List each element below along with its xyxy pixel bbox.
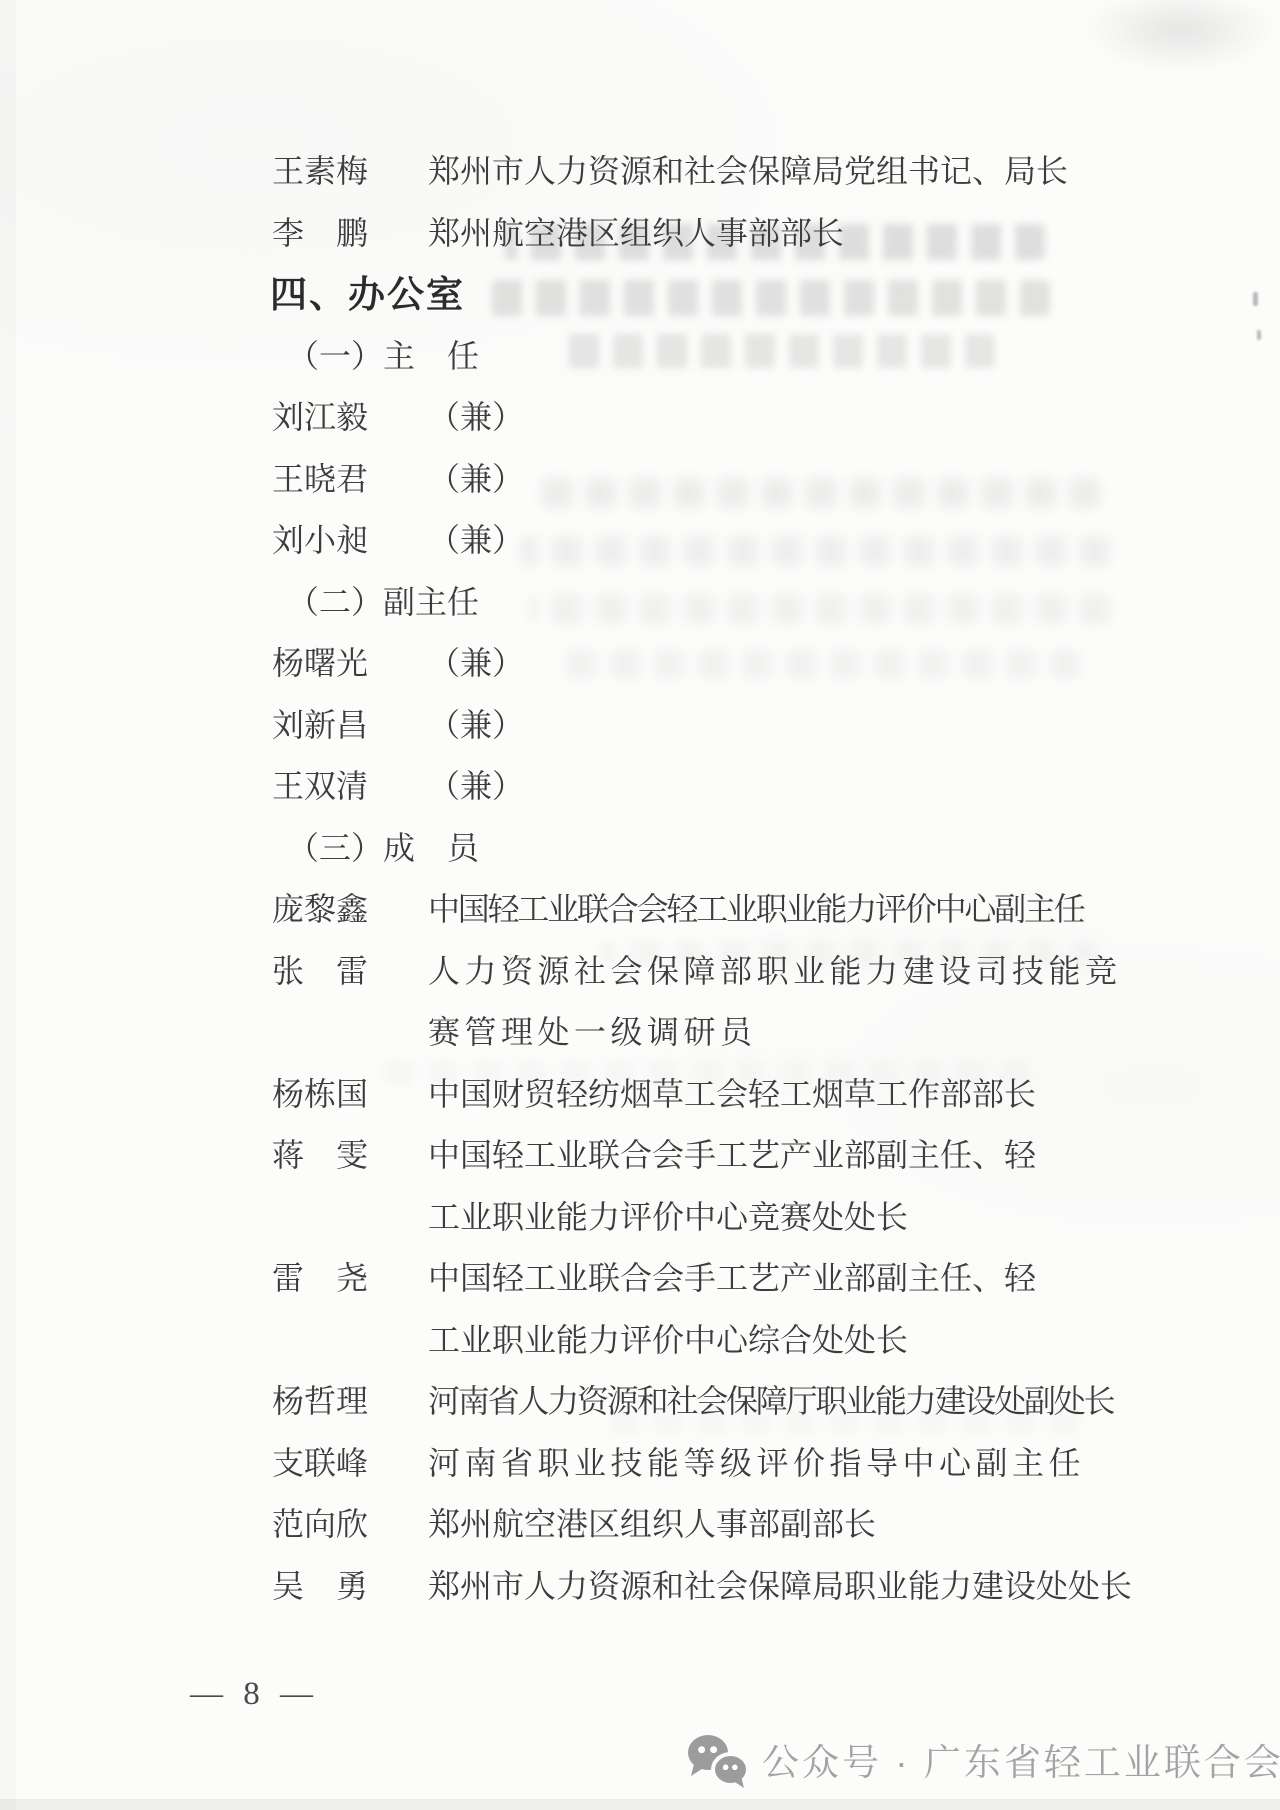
body-text: 王素梅郑州市人力资源和社会保障局党组书记、局长李 鹏郑州航空港区组织人事部部长四… xyxy=(0,141,1280,1617)
roster-row: 刘江毅（兼） xyxy=(0,387,1280,449)
roster-row: 王素梅郑州市人力资源和社会保障局党组书记、局长 xyxy=(0,141,1280,203)
roster-row: 王晓君（兼） xyxy=(0,449,1280,511)
person-name: 吴 勇 xyxy=(272,1556,368,1618)
person-title: 河南省人力资源和社会保障厅职业能力建设处副处长 xyxy=(428,1371,1113,1433)
person-name: 王晓君 xyxy=(272,449,368,511)
title-line: 赛管理处一级调研员 xyxy=(428,1002,1122,1064)
roster-row: 杨栋国中国财贸轻纺烟草工会轻工烟草工作部部长 xyxy=(0,1064,1280,1126)
roster-row: 吴 勇郑州市人力资源和社会保障局职业能力建设处处长 xyxy=(0,1556,1280,1618)
roster-row: 范向欣郑州航空港区组织人事部副部长 xyxy=(0,1494,1280,1556)
title-line: （兼） xyxy=(428,756,524,818)
wechat-icon xyxy=(688,1735,746,1783)
person-title: 人力资源社会保障部职业能力建设司技能竞赛管理处一级调研员 xyxy=(428,941,1122,1064)
roster-row: 杨哲理河南省人力资源和社会保障厅职业能力建设处副处长 xyxy=(0,1371,1280,1433)
title-line: （兼） xyxy=(428,510,524,572)
title-line: （兼） xyxy=(428,449,524,511)
roster-row: 李 鹏郑州航空港区组织人事部部长 xyxy=(0,203,1280,265)
person-name: 刘江毅 xyxy=(272,387,368,449)
person-title: （兼） xyxy=(428,695,524,757)
scan-edge xyxy=(0,1799,1280,1810)
person-title: 中国财贸轻纺烟草工会轻工烟草工作部部长 xyxy=(428,1064,1036,1126)
roster-row: 支联峰河南省职业技能等级评价指导中心副主任 xyxy=(0,1433,1280,1495)
roster-row: 刘小昶（兼） xyxy=(0,510,1280,572)
roster-row: 王双清（兼） xyxy=(0,756,1280,818)
person-name: 蒋 雯 xyxy=(272,1125,368,1187)
person-title: （兼） xyxy=(428,510,524,572)
title-line: 河南省职业技能等级评价指导中心副主任 xyxy=(428,1433,1085,1495)
person-name: 王素梅 xyxy=(272,141,368,203)
person-name: 李 鹏 xyxy=(272,203,368,265)
person-title: 河南省职业技能等级评价指导中心副主任 xyxy=(428,1433,1085,1495)
roster-row: 张 雷人力资源社会保障部职业能力建设司技能竞赛管理处一级调研员 xyxy=(0,941,1280,1064)
scan-smudge xyxy=(1050,0,1280,85)
title-line: 人力资源社会保障部职业能力建设司技能竞 xyxy=(428,941,1122,1003)
watermark-text: 公众号 · 广东省轻工业联合会 xyxy=(762,1732,1280,1786)
title-line: （兼） xyxy=(428,633,524,695)
title-line: 河南省人力资源和社会保障厅职业能力建设处副处长 xyxy=(428,1371,1113,1433)
person-title: （兼） xyxy=(428,449,524,511)
subsection-label: （三）成 员 xyxy=(0,818,1280,880)
person-title: （兼） xyxy=(428,756,524,818)
subsection-label: （一）主 任 xyxy=(0,326,1280,388)
title-line: （兼） xyxy=(428,695,524,757)
person-name: 刘小昶 xyxy=(272,510,368,572)
person-name: 刘新昌 xyxy=(272,695,368,757)
title-line: （兼） xyxy=(428,387,524,449)
title-line: 中国轻工业联合会手工艺产业部副主任、轻 xyxy=(428,1248,1036,1310)
roster-row: 刘新昌（兼） xyxy=(0,695,1280,757)
wechat-bubble-small xyxy=(715,1756,746,1783)
person-title: 郑州市人力资源和社会保障局党组书记、局长 xyxy=(428,141,1068,203)
section-heading: 四、办公室 xyxy=(0,264,1280,326)
person-name: 范向欣 xyxy=(272,1494,368,1556)
person-name: 杨栋国 xyxy=(272,1064,368,1126)
person-title: 中国轻工业联合会轻工业职业能力评价中心副主任 xyxy=(428,879,1084,941)
title-line: 郑州市人力资源和社会保障局党组书记、局长 xyxy=(428,141,1068,203)
person-name: 杨曙光 xyxy=(272,633,368,695)
title-line: 工业职业能力评价中心竞赛处处长 xyxy=(428,1187,1036,1249)
footer-watermark: 公众号 · 广东省轻工业联合会 xyxy=(688,1732,1280,1786)
person-title: 郑州市人力资源和社会保障局职业能力建设处处长 xyxy=(428,1556,1132,1618)
person-name: 雷 尧 xyxy=(272,1248,368,1310)
person-name: 杨哲理 xyxy=(272,1371,368,1433)
subsection-label: （二）副主任 xyxy=(0,572,1280,634)
title-line: 郑州航空港区组织人事部部长 xyxy=(428,203,844,265)
person-title: （兼） xyxy=(428,387,524,449)
title-line: 郑州航空港区组织人事部副部长 xyxy=(428,1494,876,1556)
roster-row: 杨曙光（兼） xyxy=(0,633,1280,695)
person-title: （兼） xyxy=(428,633,524,695)
roster-row: 蒋 雯中国轻工业联合会手工艺产业部副主任、轻工业职业能力评价中心竞赛处处长 xyxy=(0,1125,1280,1248)
person-name: 庞黎鑫 xyxy=(272,879,368,941)
person-title: 郑州航空港区组织人事部部长 xyxy=(428,203,844,265)
title-line: 郑州市人力资源和社会保障局职业能力建设处处长 xyxy=(428,1556,1132,1618)
roster-row: 雷 尧中国轻工业联合会手工艺产业部副主任、轻工业职业能力评价中心综合处处长 xyxy=(0,1248,1280,1371)
title-line: 中国轻工业联合会轻工业职业能力评价中心副主任 xyxy=(428,879,1084,941)
person-name: 王双清 xyxy=(272,756,368,818)
person-name: 张 雷 xyxy=(272,941,368,1003)
person-title: 郑州航空港区组织人事部副部长 xyxy=(428,1494,876,1556)
page-number: — 8 — xyxy=(190,1676,315,1713)
person-title: 中国轻工业联合会手工艺产业部副主任、轻工业职业能力评价中心竞赛处处长 xyxy=(428,1125,1036,1248)
title-line: 中国轻工业联合会手工艺产业部副主任、轻 xyxy=(428,1125,1036,1187)
person-title: 中国轻工业联合会手工艺产业部副主任、轻工业职业能力评价中心综合处处长 xyxy=(428,1248,1036,1371)
document-page: 王素梅郑州市人力资源和社会保障局党组书记、局长李 鹏郑州航空港区组织人事部部长四… xyxy=(0,0,1280,1810)
title-line: 中国财贸轻纺烟草工会轻工烟草工作部部长 xyxy=(428,1064,1036,1126)
title-line: 工业职业能力评价中心综合处处长 xyxy=(428,1310,1036,1372)
roster-row: 庞黎鑫中国轻工业联合会轻工业职业能力评价中心副主任 xyxy=(0,879,1280,941)
person-name: 支联峰 xyxy=(272,1433,368,1495)
